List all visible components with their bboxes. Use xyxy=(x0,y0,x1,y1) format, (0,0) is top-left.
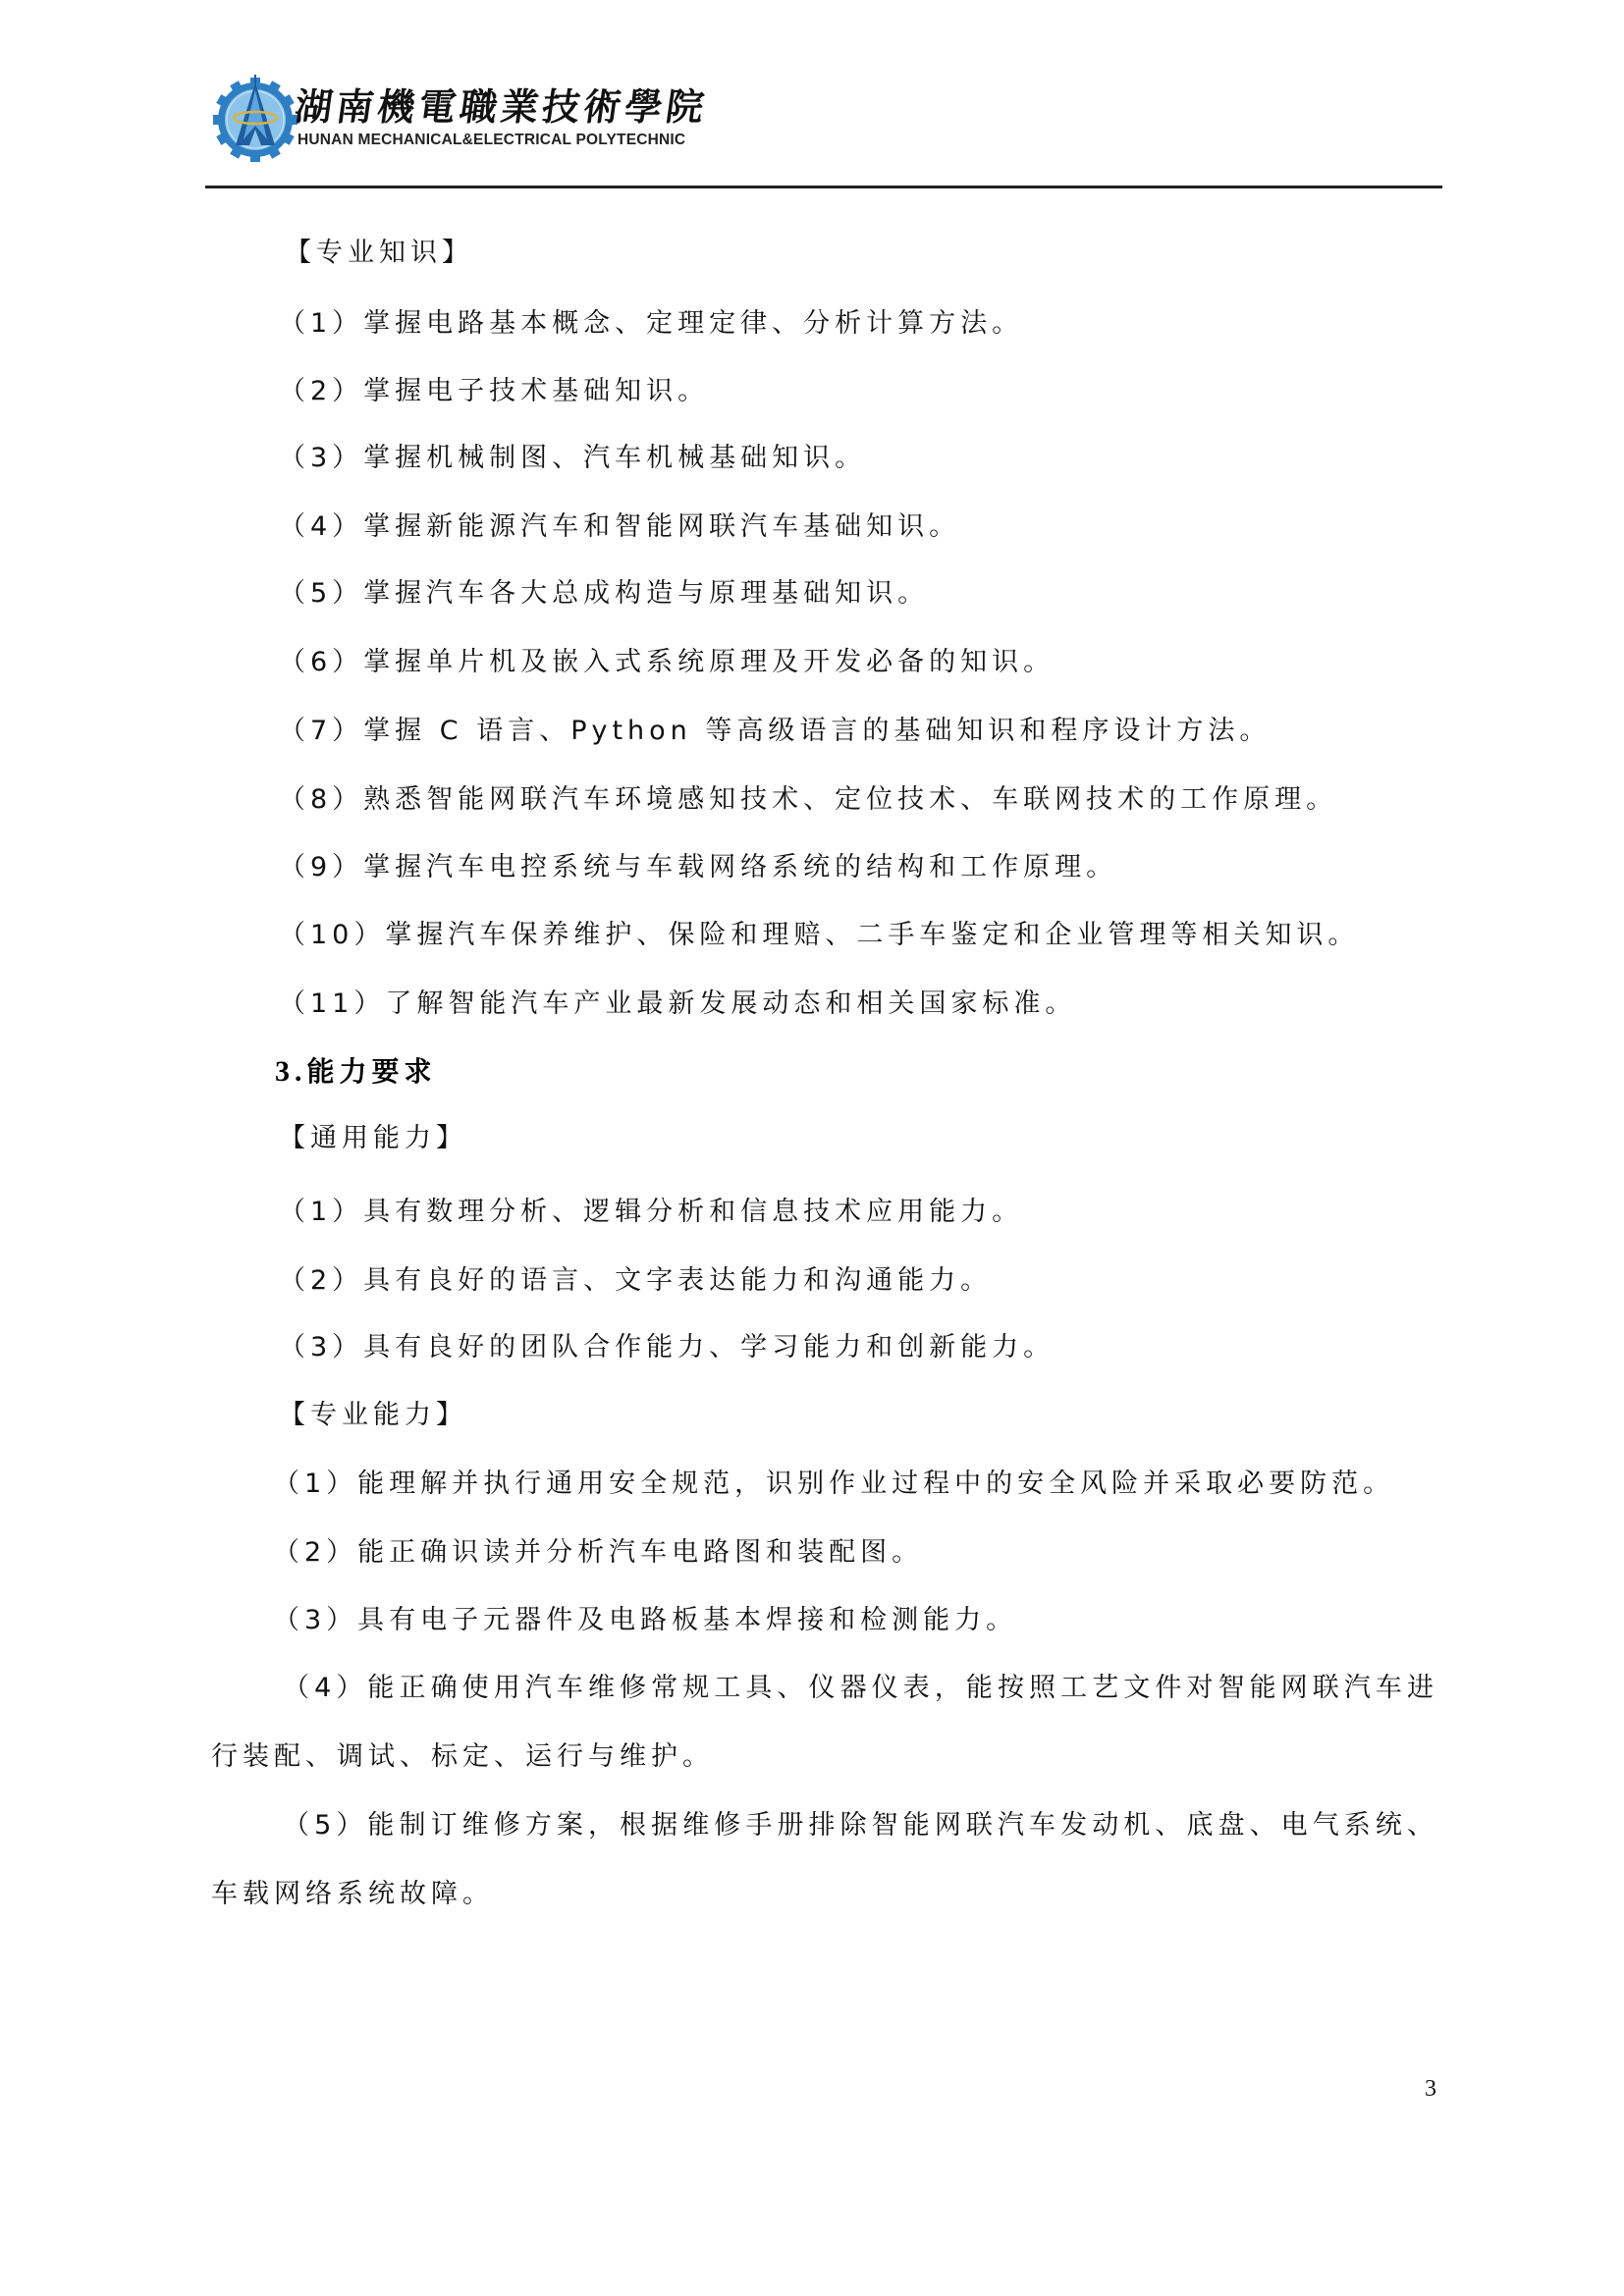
heading-number: 3. xyxy=(275,1055,307,1088)
knowledge-item: （10）掌握汽车保养维护、保险和理赔、二手车鉴定和企业管理等相关知识。 xyxy=(279,916,1359,955)
knowledge-item: （2）掌握电子技术基础知识。 xyxy=(279,372,709,411)
school-gear-emblem-icon xyxy=(211,71,299,163)
heading-text: 能力要求 xyxy=(307,1055,437,1088)
general-ability-item: （1）具有数理分析、逻辑分析和信息技术应用能力。 xyxy=(279,1193,1023,1232)
section-title-professional-ability: 【专业能力】 xyxy=(279,1396,467,1435)
professional-ability-paragraph: （4）能正确使用汽车维修常规工具、仪器仪表，能按照工艺文件对智能网联汽车进行装配… xyxy=(211,1654,1438,1791)
knowledge-item: （1）掌握电路基本概念、定理定律、分析计算方法。 xyxy=(279,304,1023,344)
page-header: 湖南機電職業技術學院 HUNAN MECHANICAL&ELECTRICAL P… xyxy=(205,59,1442,188)
section-heading-ability-requirements: 3.能力要求 xyxy=(275,1052,437,1092)
knowledge-item: （5）掌握汽车各大总成构造与原理基础知识。 xyxy=(279,574,929,614)
school-name-chinese: 湖南機電職業技術學院 xyxy=(292,77,712,131)
professional-ability-item: （1）能理解并执行通用安全规范，识别作业过程中的安全风险并采取必要防范。 xyxy=(273,1465,1394,1504)
header-divider xyxy=(205,186,1442,188)
section-title-general-ability: 【通用能力】 xyxy=(279,1119,467,1158)
general-ability-item: （3）具有良好的团队合作能力、学习能力和创新能力。 xyxy=(279,1328,1055,1367)
school-name-english: HUNAN MECHANICAL&ELECTRICAL POLYTECHNIC xyxy=(298,132,685,149)
professional-ability-item: （2）能正确识读并分析汽车电路图和装配图。 xyxy=(273,1533,923,1573)
knowledge-item: （3）掌握机械制图、汽车机械基础知识。 xyxy=(279,439,866,478)
page-number: 3 xyxy=(1425,2076,1436,2103)
knowledge-item: （6）掌握单片机及嵌入式系统原理及开发必备的知识。 xyxy=(279,643,1055,682)
knowledge-item: （8）熟悉智能网联汽车环境感知技术、定位技术、车联网技术的工作原理。 xyxy=(279,780,1337,820)
knowledge-item: （4）掌握新能源汽车和智能网联汽车基础知识。 xyxy=(279,507,960,547)
professional-ability-item: （3）具有电子元器件及电路板基本焊接和检测能力。 xyxy=(273,1601,1017,1640)
document-page: 湖南機電職業技術學院 HUNAN MECHANICAL&ELECTRICAL P… xyxy=(0,0,1624,2296)
professional-ability-paragraph: （5）能制订维修方案，根据维修手册排除智能网联汽车发动机、底盘、电气系统、车载网… xyxy=(211,1791,1438,1929)
general-ability-item: （2）具有良好的语言、文字表达能力和沟通能力。 xyxy=(279,1261,992,1301)
section-title-professional-knowledge: 【专业知识】 xyxy=(285,234,473,273)
knowledge-item: （9）掌握汽车电控系统与车载网络系统的结构和工作原理。 xyxy=(279,848,1117,887)
knowledge-item: （7）掌握 C 语言、Python 等高级语言的基础知识和程序设计方法。 xyxy=(279,712,1271,751)
knowledge-item: （11）了解智能汽车产业最新发展动态和相关国家标准。 xyxy=(279,985,1076,1024)
